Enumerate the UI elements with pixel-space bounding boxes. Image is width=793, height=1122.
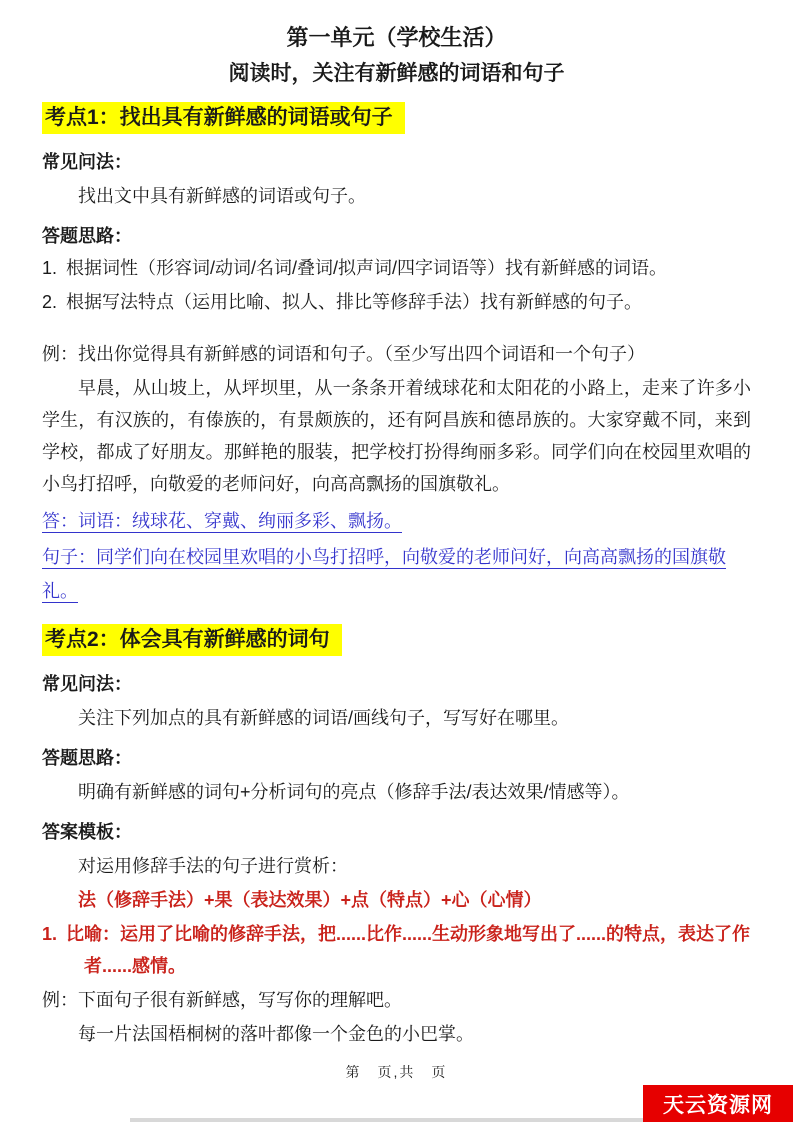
s1-idea-item-2-number: 2. (42, 286, 66, 318)
document-content: 第一单元（学校生活） 阅读时，关注有新鲜感的词语和句子 考点1：找出具有新鲜感的… (0, 0, 793, 1050)
s2-template-item-1-number: 1. (42, 918, 66, 950)
s2-idea-label: 答题思路： (42, 744, 751, 772)
section2-heading-highlight: 考点2：体会具有新鲜感的词句 (42, 624, 342, 656)
s2-idea-text: 明确有新鲜感的词句+分析词句的亮点（修辞手法/表达效果/情感等）。 (42, 776, 751, 808)
page-number-footer: 第 页,共 页 (0, 1062, 793, 1082)
s2-common-question-text: 关注下列加点的具有新鲜感的词语/画线句子，写写好在哪里。 (42, 702, 751, 734)
s1-common-question-text: 找出文中具有新鲜感的词语或句子。 (42, 180, 751, 212)
s2-template-intro: 对运用修辞手法的句子进行赏析： (42, 850, 751, 882)
s2-common-question-label: 常见问法： (42, 670, 751, 698)
s2-template-item-1: 1.比喻：运用了比喻的修辞手法，把......比作......生动形象地写出了.… (42, 918, 751, 982)
s1-idea-item-1-number: 1. (42, 252, 66, 284)
watermark-text: 天云资源网 (663, 1089, 773, 1119)
s1-answer-sentence: 句子：同学们向在校园里欢唱的小鸟打招呼，向敬爱的老师问好，向高高飘扬的国旗敬礼。 (42, 540, 751, 608)
s1-idea-item-1-text: 根据词性（形容词/动词/名词/叠词/拟声词/四字词语等）找有新鲜感的词语。 (66, 258, 667, 278)
s1-idea-item-2-text: 根据写法特点（运用比喻、拟人、排比等修辞手法）找有新鲜感的句子。 (66, 292, 642, 312)
watermark-banner: 天云资源网 (643, 1085, 793, 1122)
s2-template-item-1-text: 比喻：运用了比喻的修辞手法，把......比作......生动形象地写出了...… (66, 924, 750, 976)
section1-heading-highlight: 考点1：找出具有新鲜感的词语或句子 (42, 102, 405, 134)
s2-example-sentence: 每一片法国梧桐树的落叶都像一个金色的小巴掌。 (42, 1018, 751, 1050)
s1-common-question-label: 常见问法： (42, 148, 751, 176)
document-page: 第一单元（学校生活） 阅读时，关注有新鲜感的词语和句子 考点1：找出具有新鲜感的… (0, 0, 793, 1122)
s1-idea-label: 答题思路： (42, 222, 751, 250)
s1-answer-words: 答：词语：绒球花、穿戴、绚丽多彩、飘扬。 (42, 504, 751, 538)
s2-template-formula: 法（修辞手法）+果（表达效果）+点（特点）+心（心情） (42, 884, 751, 916)
s1-example-passage: 早晨，从山坡上，从坪坝里，从一条条开着绒球花和太阳花的小路上，走来了许多小学生，… (42, 372, 751, 500)
s2-template-label: 答案模板： (42, 818, 751, 846)
section1-heading-row: 考点1：找出具有新鲜感的词语或句子 (42, 102, 751, 134)
page-subtitle: 阅读时，关注有新鲜感的词语和句子 (42, 60, 751, 88)
s1-idea-item-2: 2.根据写法特点（运用比喻、拟人、排比等修辞手法）找有新鲜感的句子。 (42, 286, 751, 318)
s1-example-prompt: 例：找出你觉得具有新鲜感的词语和句子。（至少写出四个词语和一个句子） (42, 338, 751, 370)
page-title: 第一单元（学校生活） (42, 24, 751, 52)
s2-example-prompt: 例：下面句子很有新鲜感，写写你的理解吧。 (42, 984, 751, 1016)
section2-heading-row: 考点2：体会具有新鲜感的词句 (42, 624, 751, 656)
s1-idea-item-1: 1.根据词性（形容词/动词/名词/叠词/拟声词/四字词语等）找有新鲜感的词语。 (42, 252, 751, 284)
